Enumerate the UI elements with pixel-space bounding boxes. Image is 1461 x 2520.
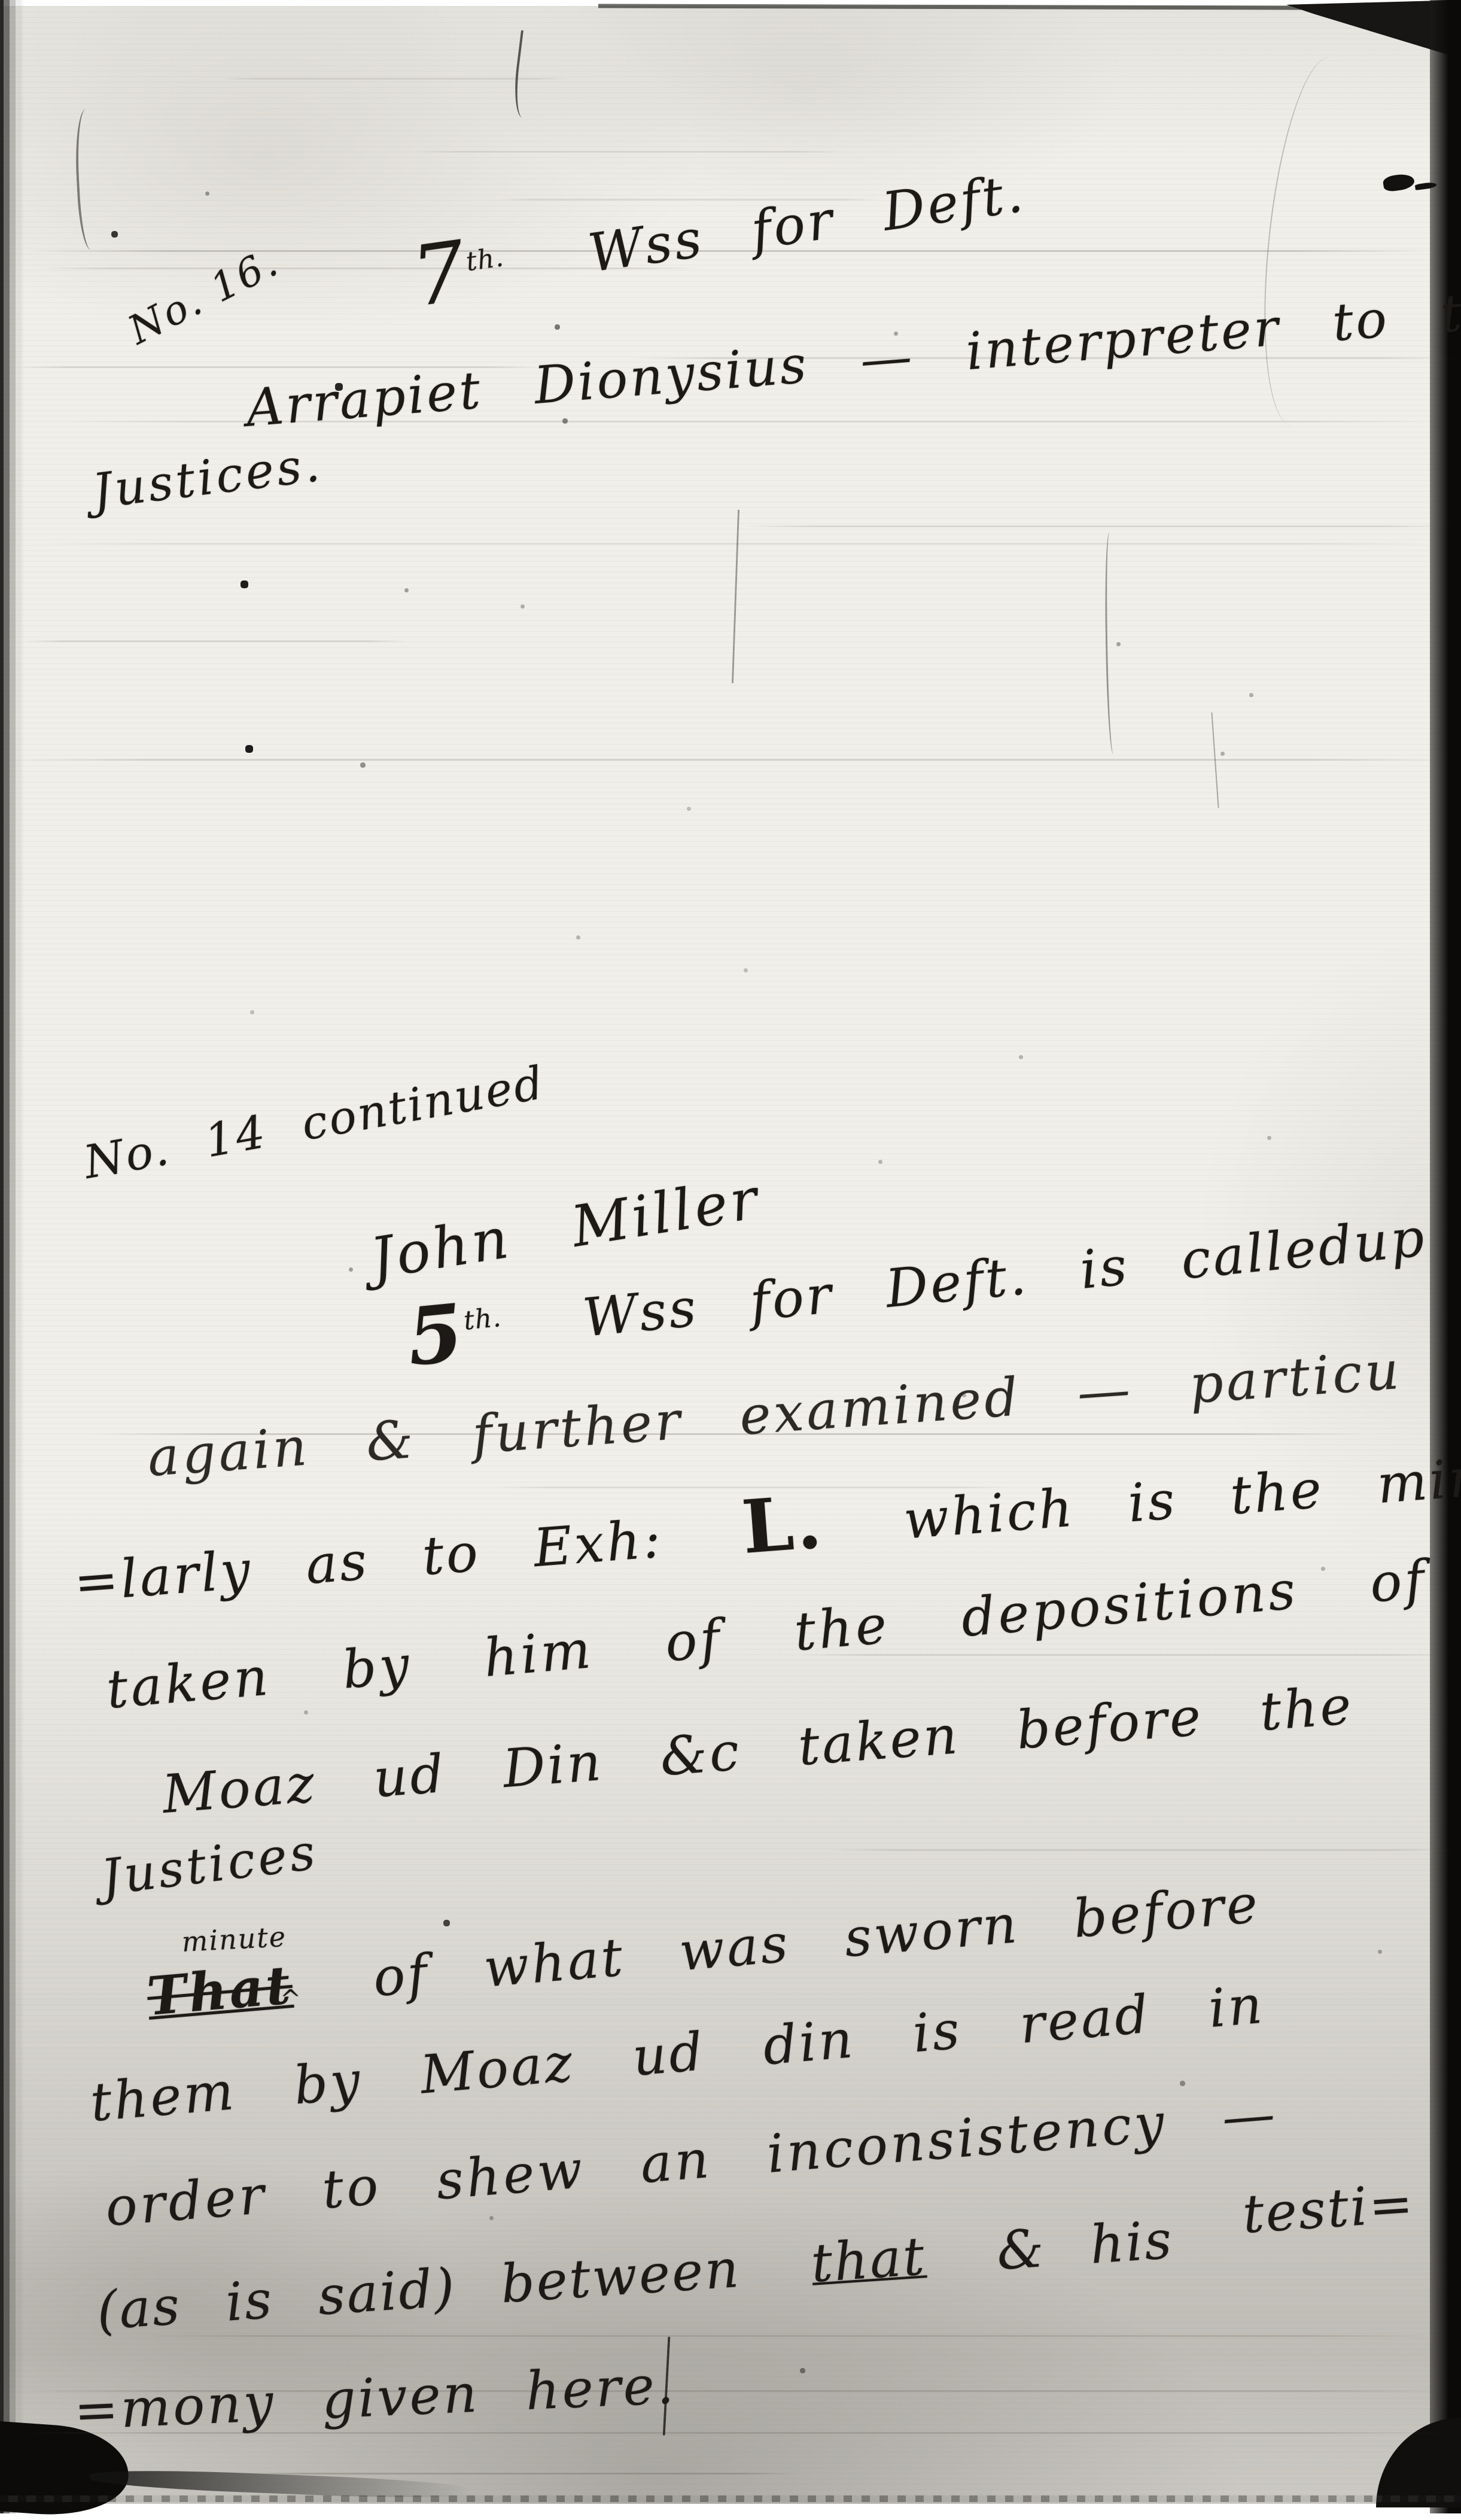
bottom-speckle-strip xyxy=(0,2495,1461,2502)
witness5-line3-post: which is the minute xyxy=(902,1439,1461,1551)
fold-line xyxy=(33,543,1439,545)
fold-line xyxy=(742,525,1454,527)
page-marks-layer: 7th. Wss for Deft. No. 16. Arrapiet Dion… xyxy=(0,0,1461,2513)
underlined-word-that: that xyxy=(809,2225,928,2294)
witness5-line3-pre: =larly as to Exh: xyxy=(72,1507,665,1613)
left-gutter-shadow xyxy=(0,0,24,2513)
witness5-line6: Justices xyxy=(99,1828,321,1903)
bottom-right-shadow xyxy=(1376,2418,1461,2507)
margin-number-no16: No. 16. xyxy=(123,242,285,351)
paragraph-line5: =mony given here. xyxy=(73,2358,677,2437)
fold-line xyxy=(0,759,1461,761)
ink-speck-cluster xyxy=(0,0,2,2)
heading-witness7: 7th. Wss for Deft. xyxy=(407,151,1030,319)
witness5-numeral: 5 xyxy=(403,1286,469,1384)
fold-line xyxy=(802,1654,1454,1656)
heading-text: Wss for Deft. xyxy=(585,162,1028,284)
fold-line xyxy=(245,2473,796,2475)
fold-line xyxy=(138,2335,1436,2337)
right-edge-band xyxy=(1430,0,1461,2513)
top-edge-line xyxy=(598,4,1301,10)
surface-scratch xyxy=(1104,533,1119,754)
manuscript-scan: 7th. Wss for Deft. No. 16. Arrapiet Dion… xyxy=(0,0,1461,2513)
struck-word-that: That xyxy=(145,1953,295,2027)
exhibit-letter: L. xyxy=(739,1478,827,1570)
continuation-label-no14: No. 14 continued xyxy=(81,1060,548,1185)
heading-numeral: 7 xyxy=(406,223,474,326)
fold-line xyxy=(24,640,407,642)
fold-line xyxy=(832,1849,1454,1851)
paragraph-line4-testi: testi= xyxy=(1241,2172,1417,2245)
ink-blot xyxy=(1382,173,1415,193)
fold-line xyxy=(413,151,844,153)
paragraph-line4-pre: (as is said) between xyxy=(95,2238,742,2342)
heading-ordinal: th. xyxy=(464,242,506,277)
paragraph-line4-mid: & his xyxy=(995,2209,1175,2282)
pen-flourish xyxy=(73,108,106,250)
pencil-arc xyxy=(1249,53,1390,433)
witness7-line2: Justices. xyxy=(90,440,325,516)
interlinear-insertion: minute xyxy=(181,1923,287,1956)
pen-scratch xyxy=(510,30,541,118)
witness5-ordinal: th. xyxy=(462,1302,503,1336)
surface-scratch xyxy=(732,510,751,684)
